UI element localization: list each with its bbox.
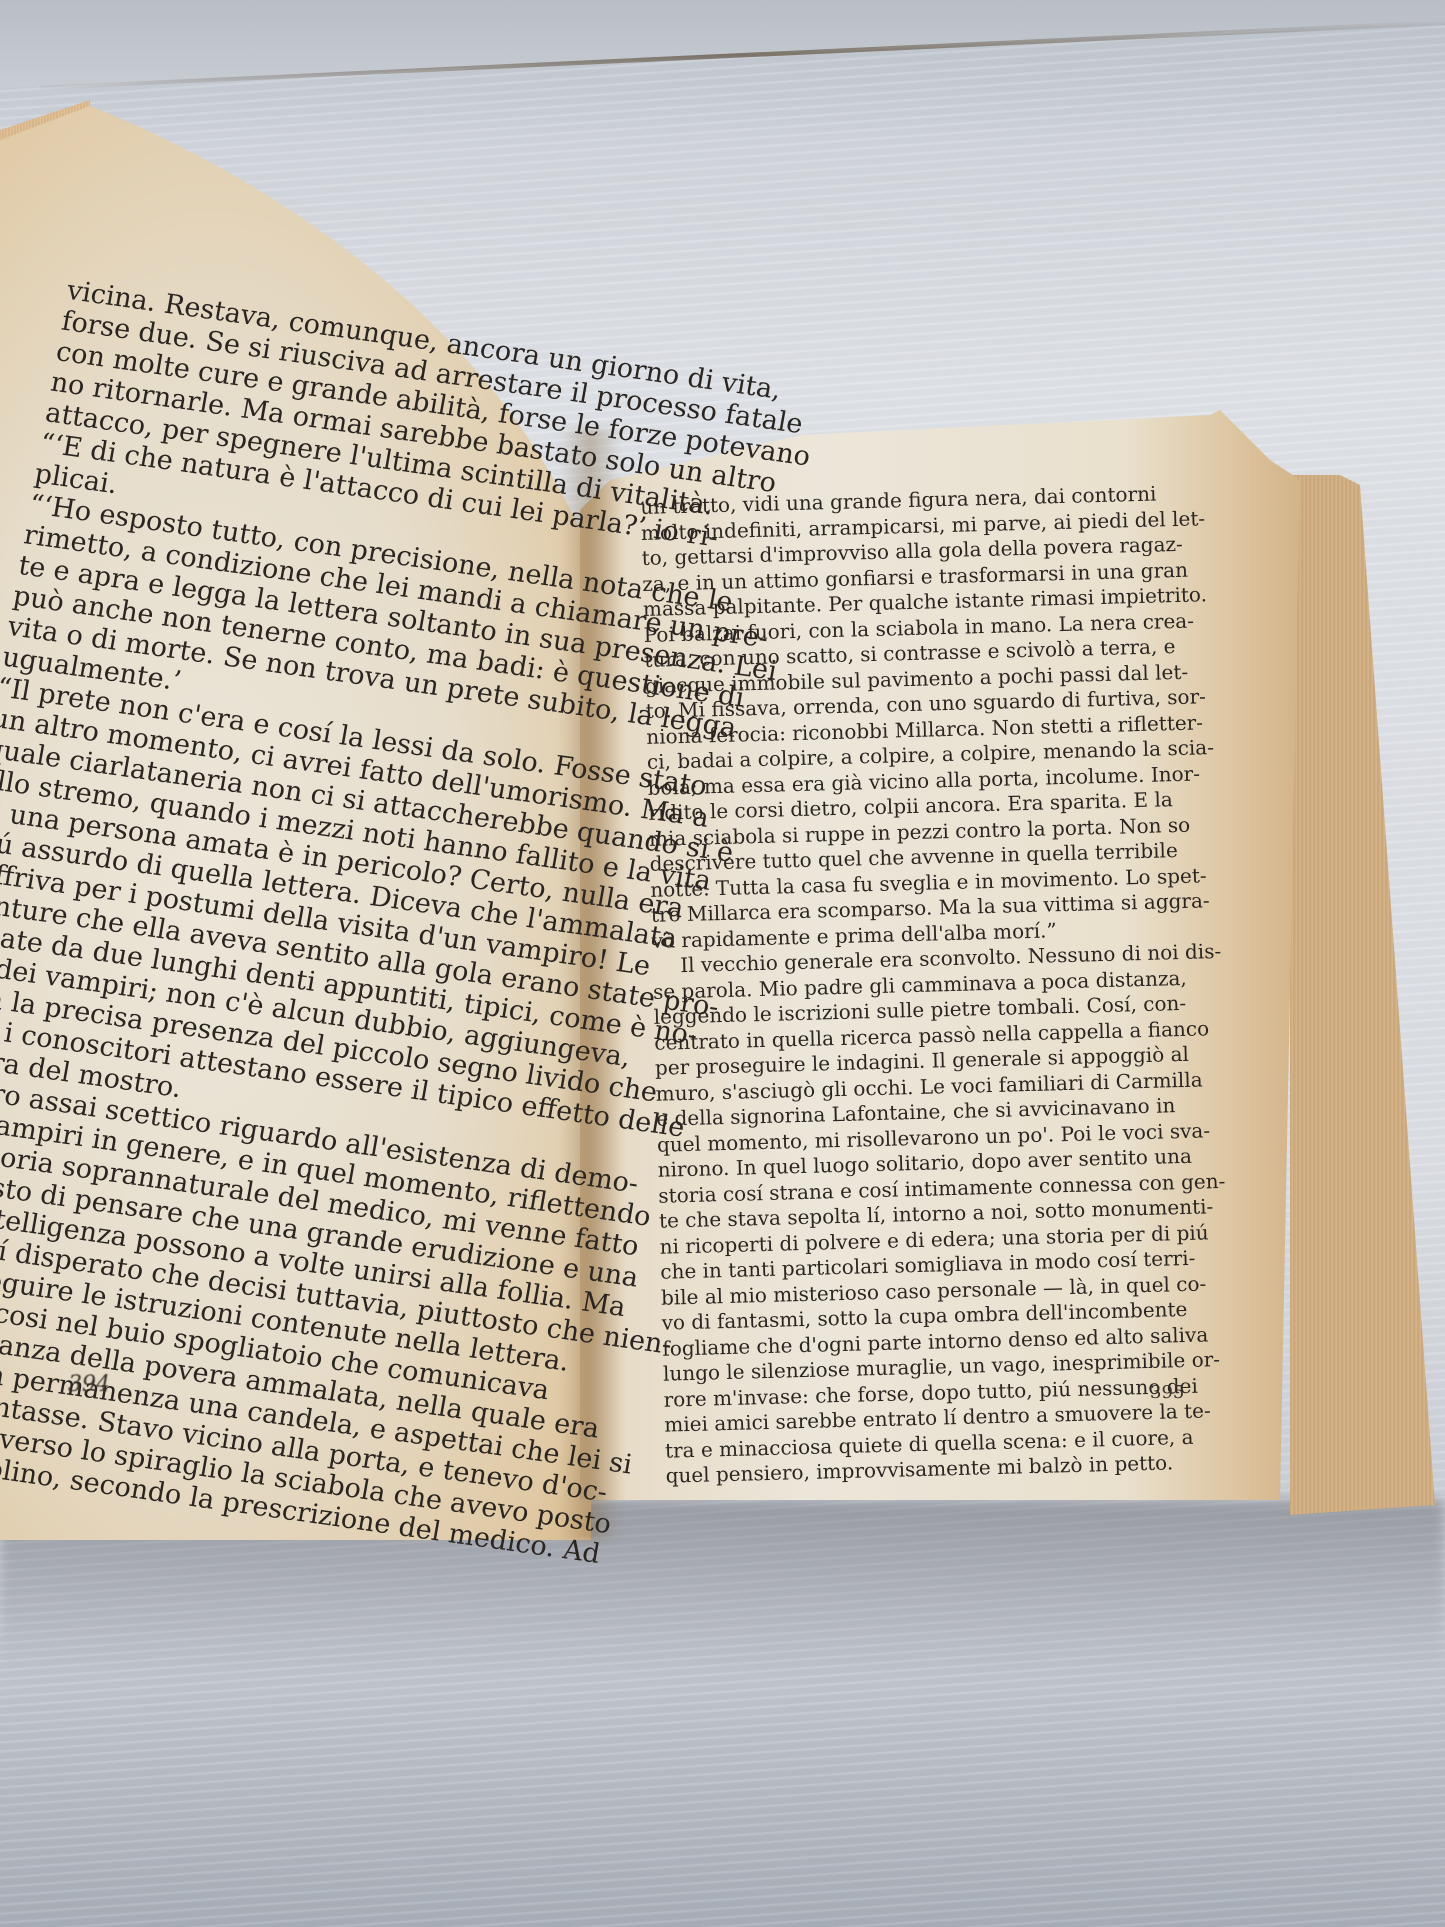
right-page-number: 395 xyxy=(1150,1382,1184,1403)
right-page-text: un tratto, vidi una grande figura nera, … xyxy=(640,482,1166,1489)
left-page-number: 394 xyxy=(68,1372,110,1397)
right-page-stack xyxy=(1290,475,1440,1515)
photo-scene: vicina. Restava, comunque, ancora un gio… xyxy=(0,0,1445,1927)
background-board-top xyxy=(0,0,1445,90)
left-page-text: vicina. Restava, comunque, ancora un gio… xyxy=(0,275,585,1539)
